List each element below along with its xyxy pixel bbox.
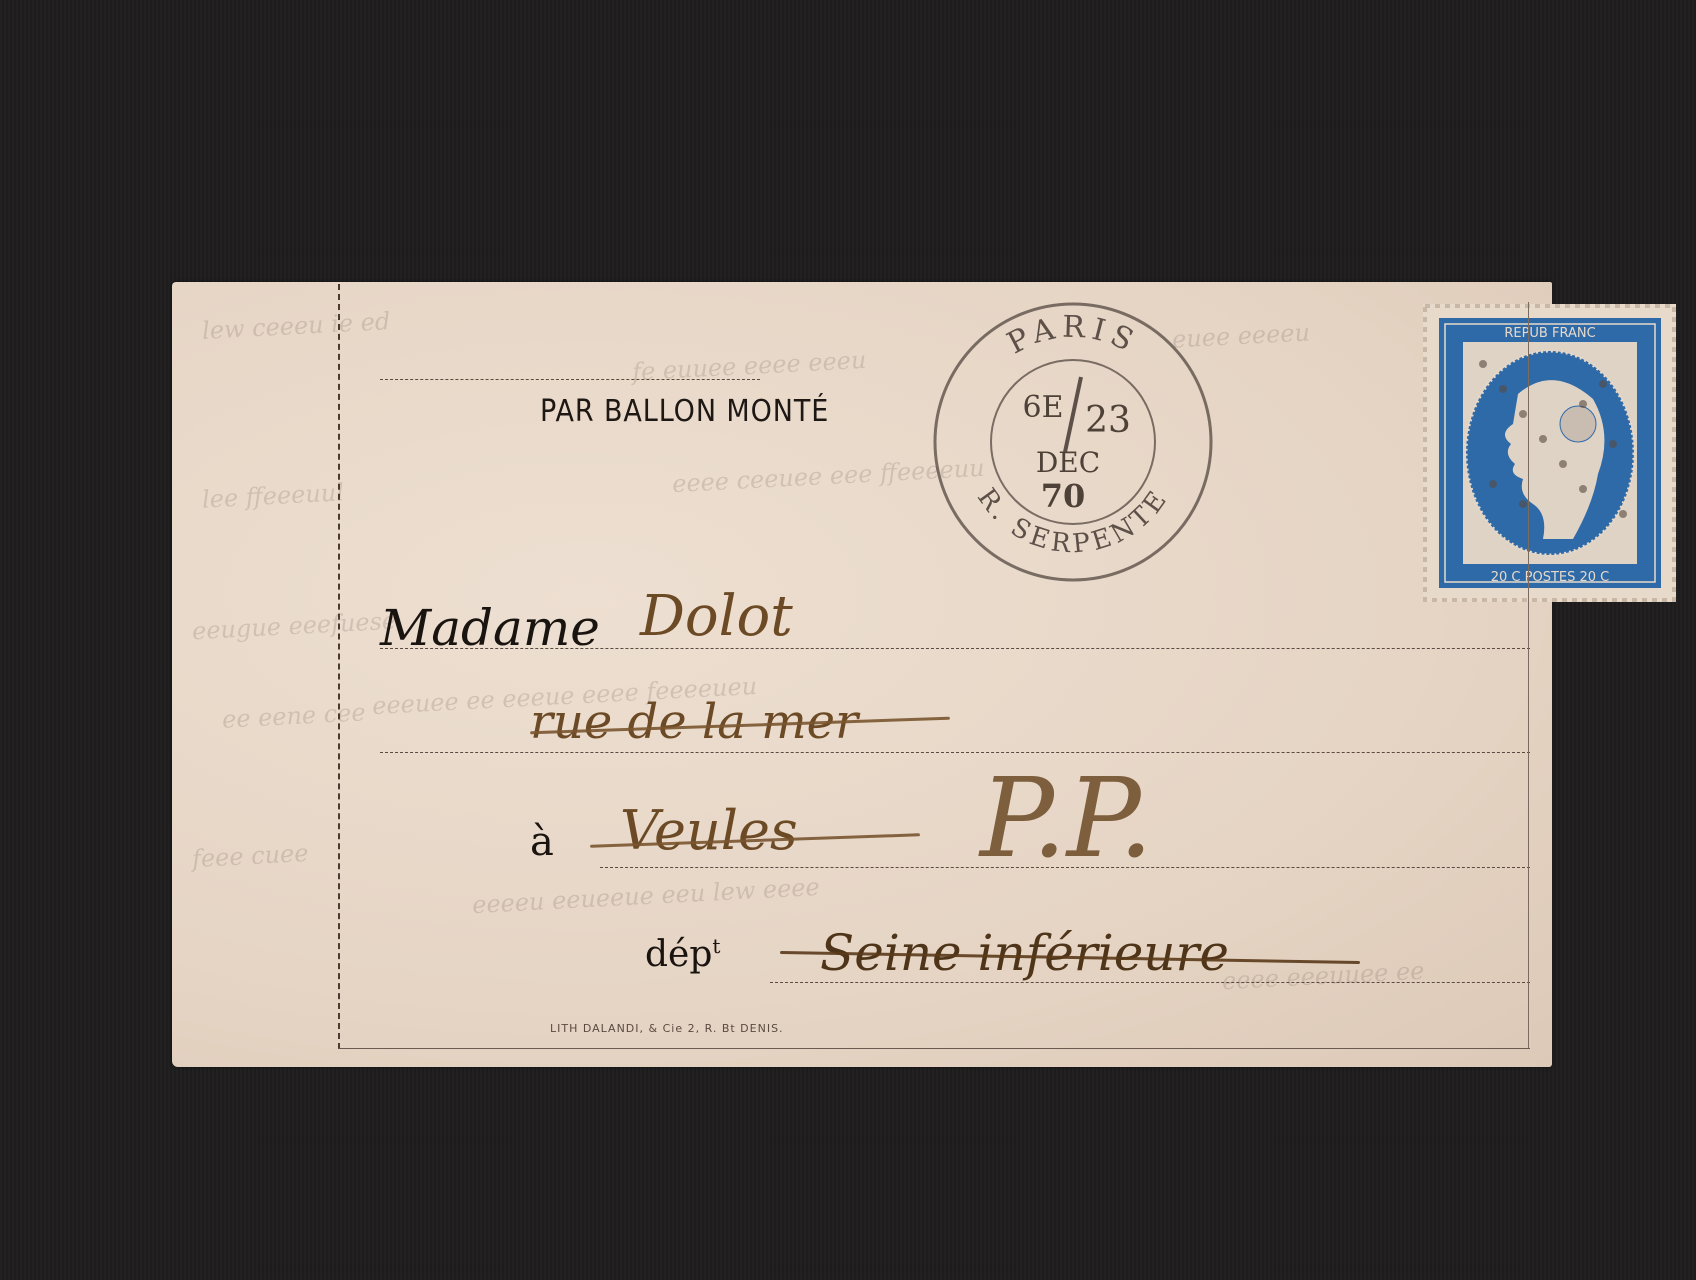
stamp-bottom-text: 20 C POSTES 20 C: [1491, 570, 1610, 585]
panel-border: [1528, 302, 1529, 1048]
postmark-top-text: PARIS: [1002, 310, 1144, 362]
postmark-month: DEC: [1036, 446, 1100, 479]
address-panel: PAR BALLON MONTÉ Madame Dolot rue de la …: [338, 284, 1530, 1049]
rule-line: [380, 752, 1530, 753]
bleed-through-text: lee ffeeeuul: [201, 478, 344, 513]
address-town: Veules: [620, 799, 798, 862]
address-name: Dolot: [640, 584, 793, 649]
printer-imprint: LITH DALANDI, & Cie 2, R. Bt DENIS.: [550, 1022, 784, 1035]
forwarding-note: P.P.: [980, 754, 1153, 882]
address-label-a: à: [530, 819, 554, 865]
bleed-through-text: feee cuee: [191, 839, 309, 873]
address-label-dept: dépt: [645, 934, 720, 975]
stamp-top-text: REPUB FRANC: [1504, 326, 1595, 341]
postmark-day: 23: [1085, 400, 1131, 441]
letter-sheet: lew ceeeu ie ed lee ffeeeuul eeugue eeef…: [172, 282, 1552, 1067]
rule-line: [770, 982, 1530, 983]
postmark-icon: PARIS R. SERPENTE 6E 23 DEC 70: [923, 292, 1223, 592]
printed-heading: PAR BALLON MONTÉ: [540, 394, 829, 429]
postmark-hour: 6E: [1023, 390, 1064, 425]
postmark-year: 70: [1041, 477, 1086, 515]
rule-line: [380, 379, 760, 380]
postage-stamp: REPUB FRANC 20 C POSTES 20 C: [1423, 304, 1676, 602]
address-prefix: Madame: [380, 599, 600, 657]
svg-text:PARIS: PARIS: [1002, 310, 1144, 362]
